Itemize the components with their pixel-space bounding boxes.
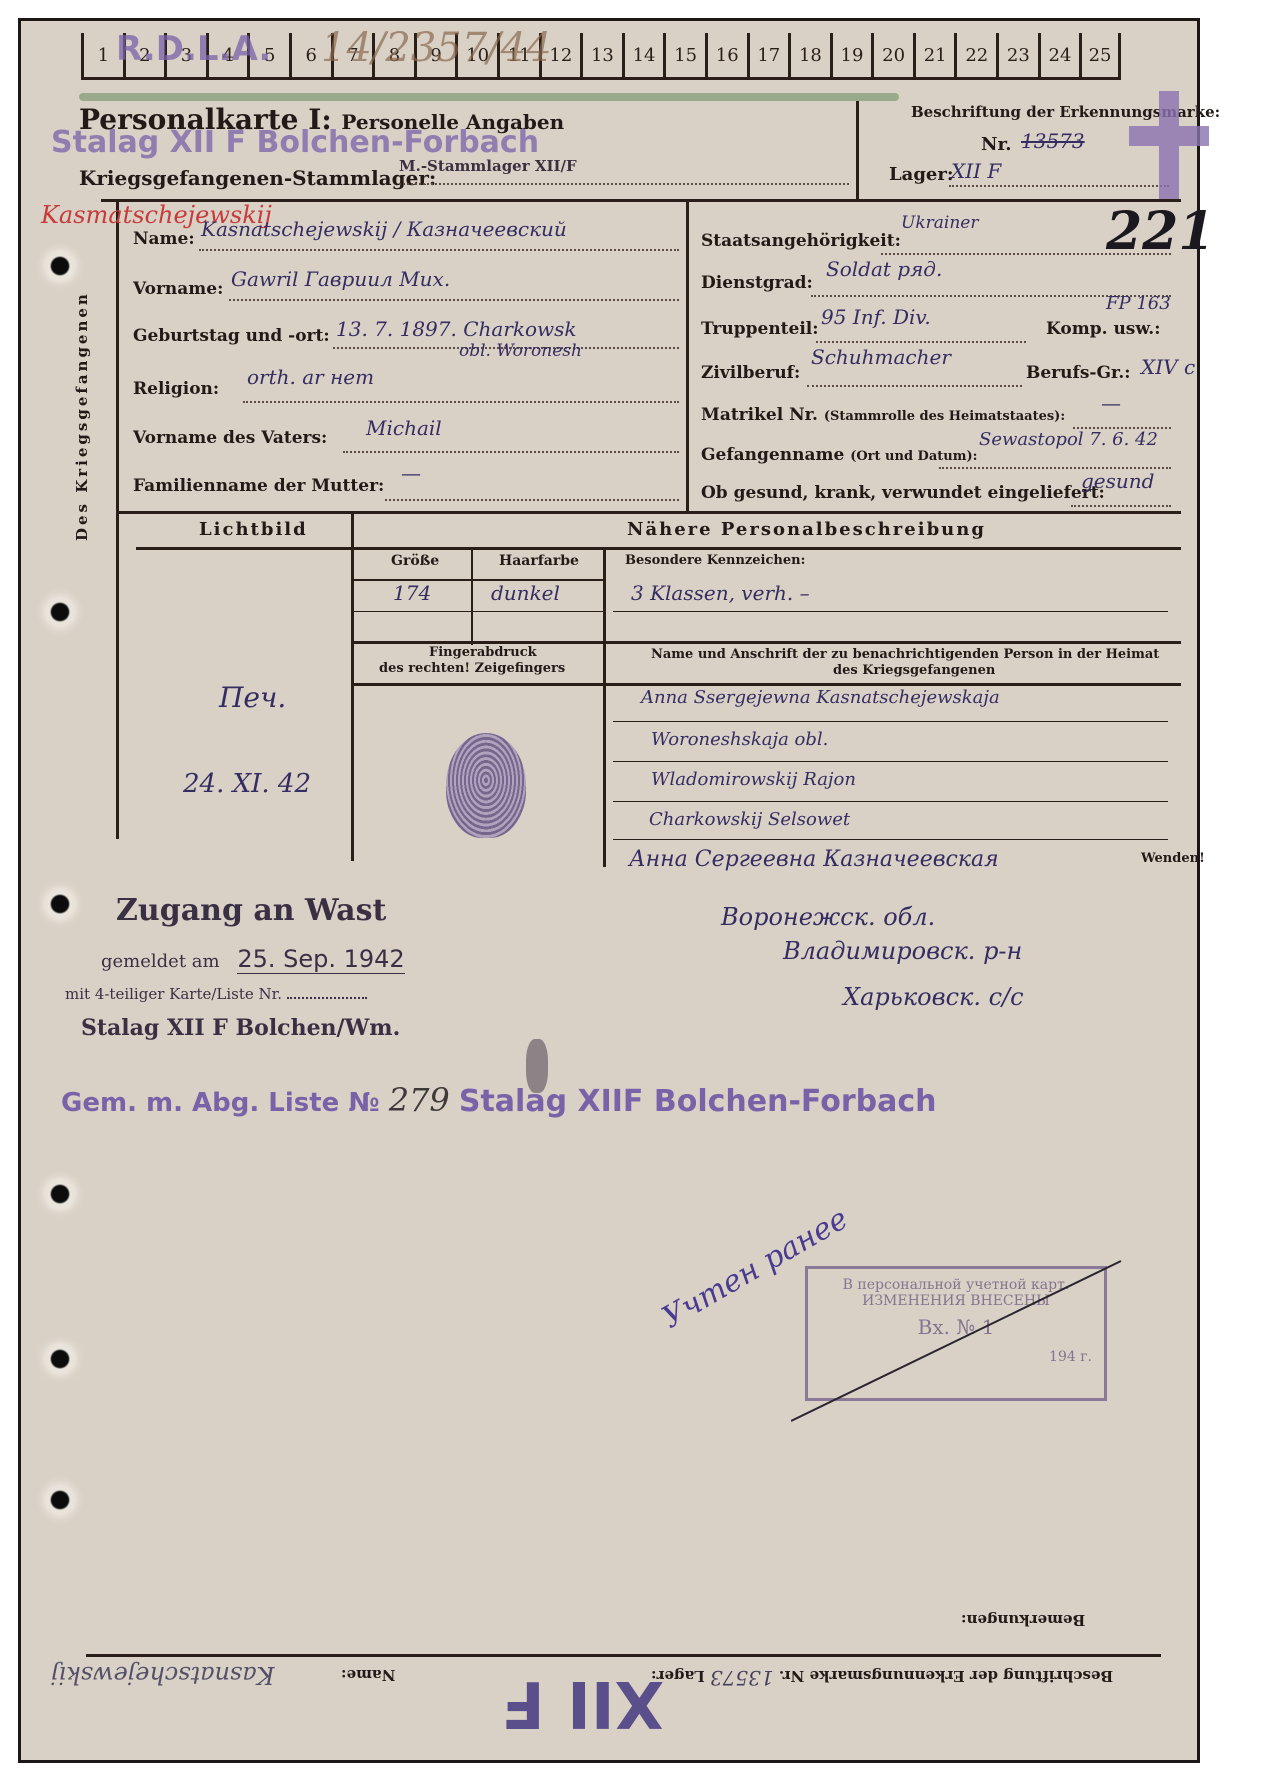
dienstgrad-value: Soldat ряд.	[826, 257, 942, 281]
vater-label: Vorname des Vaters:	[133, 428, 327, 448]
zivilberuf-label: Zivilberuf:	[701, 363, 800, 383]
next-of-kin-label-2: des Kriegsgefangenen	[833, 663, 995, 678]
staatsangehoerigkeit-value: Ukrainer	[901, 213, 978, 233]
name-dotline	[199, 249, 679, 251]
vorname-value: Gawril Гавриил Мих.	[231, 267, 450, 291]
punch-hole	[47, 891, 73, 917]
staatsangehoerigkeit-label: Staatsangehörigkeit:	[701, 231, 901, 251]
zugang-mit-row: mit 4-teiliger Karte/Liste Nr.	[65, 985, 367, 1003]
mutter-dotline	[385, 499, 679, 501]
fingerprint-impression	[446, 733, 526, 838]
top-handwritten-number: 14/2357/44	[321, 25, 552, 71]
measure-header-rule	[354, 579, 604, 581]
strip-cell: 14	[622, 33, 664, 77]
vorname-label: Vorname:	[133, 279, 223, 299]
header-divider	[856, 101, 859, 201]
matrikel-label: Matrikel Nr. (Stammrolle des Heimatstaat…	[701, 405, 1065, 425]
strip-cell: 25	[1079, 33, 1121, 77]
stammlager-dotline	[399, 183, 849, 185]
strip-cell: 13	[580, 33, 622, 77]
strip-cell: 23	[996, 33, 1038, 77]
zugang-gemeldet-label: gemeldet am	[101, 951, 220, 972]
next-of-kin-line-4: Charkowskij Selsowet	[649, 809, 850, 830]
haarfarbe-label: Haarfarbe	[499, 553, 579, 569]
groesse-divider	[471, 547, 473, 645]
bottom-name-label: Name:	[341, 1666, 395, 1684]
next-of-kin-line-2: Woroneshskaja obl.	[651, 729, 828, 750]
personnel-card: 1 2 3 4 5 6 7 8 9 10 11 12 13 14 15 16 1…	[18, 18, 1200, 1763]
green-crayon-mark	[79, 93, 899, 101]
gefangennahme-label: Gefangenname (Ort und Datum):	[701, 445, 977, 465]
zugang-mit-dotline	[287, 997, 367, 999]
punch-hole	[47, 1487, 73, 1513]
berufsgr-value: XIV c	[1141, 355, 1195, 379]
haarfarbe-divider	[603, 547, 606, 867]
kennzeichen-rule	[613, 611, 1168, 612]
lichtbild-date: 24. XI. 42	[183, 769, 311, 799]
zugang-gemeldet-value: 25. Sep. 1942	[237, 945, 404, 974]
soviet-stamp-cancel-line	[791, 1256, 1131, 1426]
gefangennahme-value: Sewastopol 7. 6. 42	[979, 429, 1158, 450]
tag-lager-label: Lager:	[889, 164, 954, 185]
tag-lager-value: XII F	[951, 159, 1001, 183]
liste-prefix: Gem. m. Abg. Liste №	[61, 1088, 380, 1118]
religion-label: Religion:	[133, 379, 219, 399]
punch-hole	[47, 1346, 73, 1372]
next-of-kin-rule-4	[613, 839, 1168, 840]
next-of-kin-line-3: Wladomirowskij Rajon	[651, 769, 856, 790]
komp-value: FP 163	[1106, 293, 1171, 314]
strip-cell: 18	[788, 33, 830, 77]
strip-cell: 24	[1038, 33, 1080, 77]
bottom-lager-stamp: XII F	[501, 1666, 664, 1740]
truppenteil-dotline	[816, 341, 1026, 343]
next-of-kin-rule-2	[613, 761, 1168, 762]
strip-cell: 16	[705, 33, 747, 77]
description-heading: Nähere Personalbeschreibung	[627, 519, 986, 540]
groesse-label: Größe	[391, 553, 439, 569]
cross-stamp-icon	[1129, 91, 1209, 201]
lichtbild-divider	[351, 511, 354, 861]
liste-suffix: Stalag XIIF Bolchen-Forbach	[459, 1084, 937, 1119]
religion-value: orth. ar нет	[247, 365, 374, 389]
next-of-kin-russian: Анна Сергеевна Казначеевская	[629, 847, 999, 872]
zugang-gemeldet-row: gemeldet am 25. Sep. 1942	[101, 945, 405, 973]
geburtstag-value: 13. 7. 1897. Charkowsk	[336, 317, 577, 341]
strip-cell: 17	[747, 33, 789, 77]
zivilberuf-value: Schuhmacher	[811, 345, 951, 369]
punch-hole	[47, 599, 73, 625]
fingerprint-label-2: des rechten! Zeigefingers	[379, 661, 565, 676]
bottom-name-value: Kasnatschejewskij	[51, 1661, 275, 1689]
next-of-kin-line-1: Anna Ssergejewna Kasnatschejewskaja	[641, 687, 1000, 708]
matrikel-sublabel: (Stammrolle des Heimatstaates):	[824, 409, 1065, 424]
strip-cell: 15	[663, 33, 705, 77]
tag-nr-value: 13573	[1021, 129, 1085, 153]
lichtbild-rule	[136, 547, 351, 550]
lichtbild-signature: Печ.	[219, 681, 286, 714]
zugang-mit-label: mit 4-teiliger Karte/Liste Nr.	[65, 985, 282, 1003]
gesund-label: Ob gesund, krank, verwundet eingeliefert…	[701, 483, 1105, 503]
gefangennahme-sublabel: (Ort und Datum):	[850, 449, 977, 464]
russian-address-line-2: Владимировск. р-н	[783, 937, 1022, 965]
zivilberuf-dotline	[807, 385, 1022, 387]
fingerprint-label-1: Fingerabdruck	[429, 645, 537, 660]
name-value: Kasnatschejewskij / Казначеевский	[201, 217, 567, 241]
truppenteil-value: 95 Inf. Div.	[821, 305, 931, 329]
gesund-value: gesund	[1081, 469, 1154, 493]
next-of-kin-rule-3	[613, 801, 1168, 802]
rdla-stamp: R.D.L.A.	[116, 29, 271, 69]
matrikel-label-main: Matrikel Nr.	[701, 405, 818, 425]
fingerprint-top-rule	[354, 641, 1181, 644]
russian-address-line-1: Воронежск. обл.	[721, 903, 935, 931]
vorname-dotline	[229, 299, 679, 301]
berufsgr-label: Berufs-Gr.:	[1026, 363, 1131, 383]
komp-label: Komp. usw.:	[1046, 319, 1161, 339]
left-frame-line	[116, 199, 119, 839]
staatsangehoerigkeit-dotline	[881, 253, 1171, 255]
vater-dotline	[343, 451, 679, 453]
tag-nr-label: Nr.	[981, 134, 1012, 155]
section-rule	[116, 511, 1181, 514]
religion-dotline	[243, 401, 679, 403]
matrikel-value: —	[1101, 391, 1121, 415]
bottom-beschriftung-label: Beschriftung der Erkennungsmarke Nr.	[779, 1667, 1113, 1685]
mid-divider	[686, 199, 689, 511]
zugang-title: Zugang an Wast	[116, 893, 386, 928]
lichtbild-heading: Lichtbild	[199, 519, 308, 540]
zugang-place: Stalag XII F Bolchen/Wm.	[81, 1015, 400, 1041]
measure-value-rule	[354, 611, 604, 612]
strip-cell: 19	[830, 33, 872, 77]
bottom-beschriftung: Beschriftung der Erkennungsmarke Nr. 135…	[651, 1666, 1113, 1690]
stammlager-label: Kriegsgefangenen-Stammlager:	[79, 166, 436, 190]
stammlager-value: M.-Stammlager XII/F	[399, 157, 577, 175]
mutter-label: Familienname der Mutter:	[133, 476, 384, 496]
liste-number: 279	[389, 1081, 450, 1119]
strip-cell: 21	[913, 33, 955, 77]
punch-hole	[47, 1181, 73, 1207]
haarfarbe-value: dunkel	[491, 581, 560, 605]
kennzeichen-label: Besondere Kennzeichen:	[625, 553, 805, 568]
russian-address-line-3: Харьковск. с/с	[843, 983, 1024, 1011]
geburtsort-value-line2: obl. Woronesh	[459, 341, 582, 361]
strip-cell: 20	[871, 33, 913, 77]
bottom-nr-value: 13573	[710, 1666, 774, 1690]
name-label: Name:	[133, 229, 195, 249]
description-rule	[354, 547, 1181, 550]
geburtstag-label: Geburtstag und -ort:	[133, 326, 330, 346]
bemerkungen-label: Bemerkungen:	[961, 1611, 1085, 1629]
punch-hole	[47, 253, 73, 279]
truppenteil-label: Truppenteil:	[701, 319, 819, 339]
vater-value: Michail	[366, 416, 442, 440]
dienstgrad-label: Dienstgrad:	[701, 273, 813, 293]
stalag-stamp-top: Stalag XII F Bolchen-Forbach	[51, 125, 539, 160]
groesse-value: 174	[393, 581, 431, 605]
next-of-kin-rule-1	[613, 721, 1168, 722]
bottom-rule	[86, 1654, 1161, 1657]
strip-cell: 22	[954, 33, 996, 77]
next-of-kin-label-1: Name und Anschrift der zu benachrichtige…	[651, 647, 1159, 662]
fingerprint-label-rule	[354, 683, 1181, 686]
gefangennahme-label-main: Gefangenname	[701, 445, 844, 465]
mutter-value: —	[401, 461, 421, 485]
gesund-dotline	[1071, 505, 1171, 507]
liste-stamp: Gem. m. Abg. Liste № 279 Stalag XIIF Bol…	[61, 1081, 936, 1119]
side-label: Des Kriegsgefangenen	[73, 291, 91, 541]
kennzeichen-value: 3 Klassen, verh. –	[631, 581, 810, 605]
wenden-label: Wenden!	[1141, 851, 1205, 866]
